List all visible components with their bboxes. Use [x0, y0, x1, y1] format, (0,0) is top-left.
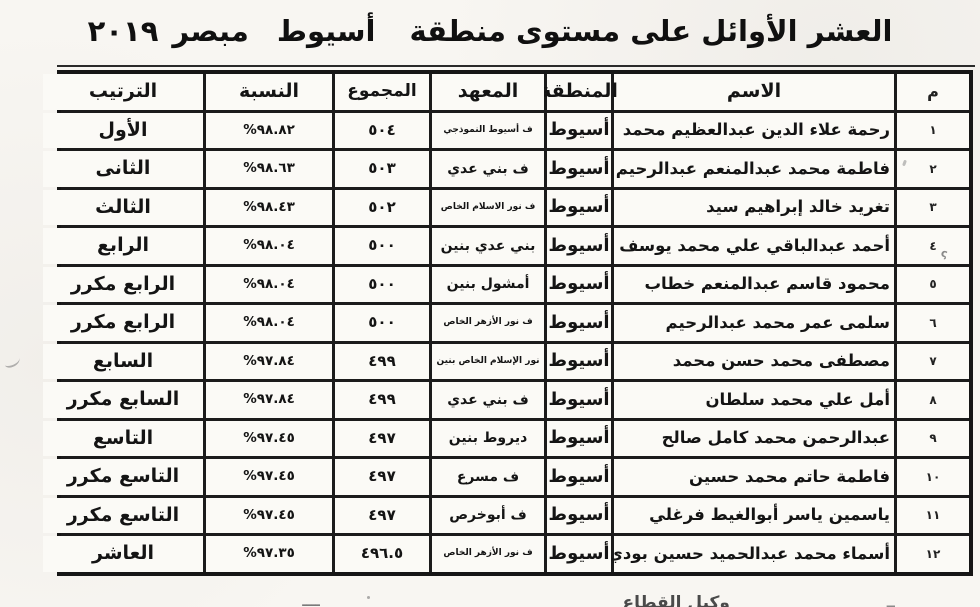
cell-name: ياسمين ياسر أبوالغيط فرغلي — [614, 498, 894, 534]
cell-region: أسيوط — [547, 228, 611, 264]
cell-institute: ف مسرع — [432, 459, 544, 495]
cell-total: ٥٠٤ — [335, 113, 429, 149]
cell-name: عبدالرحمن محمد كامل صالح — [614, 421, 894, 457]
cell-percent: %٩٨.٤٣ — [206, 190, 332, 226]
cell-percent: %٩٨.٠٤ — [206, 305, 332, 341]
cell-number: ٩ — [897, 421, 969, 457]
cell-number: ١٠ — [897, 459, 969, 495]
cell-name: أحمد عبدالباقي علي محمد يوسف — [614, 228, 894, 264]
cell-number: ٢ — [897, 151, 969, 187]
cell-number: ٣ — [897, 190, 969, 226]
cell-total: ٤٩٧ — [335, 459, 429, 495]
cell-name: مصطفى محمد حسن محمد — [614, 344, 894, 380]
cell-percent: %٩٨.٠٤ — [206, 267, 332, 303]
cell-total: ٥٠٣ — [335, 151, 429, 187]
cutoff-text-artifact: ــ — [815, 593, 895, 607]
cell-name: رحمة علاء الدين عبدالعظيم محمد — [614, 113, 894, 149]
cell-name: محمود قاسم عبدالمنعم خطاب — [614, 267, 894, 303]
cell-region: أسيوط — [547, 113, 611, 149]
cell-rank: السابع مكرر — [43, 382, 203, 418]
cell-number: ٥ — [897, 267, 969, 303]
cell-number: ١١ — [897, 498, 969, 534]
cell-name: أسماء محمد عبدالحميد حسين بودي — [614, 536, 894, 572]
cell-total: ٤٩٦.٥ — [335, 536, 429, 572]
header-total: المجموع — [335, 74, 429, 110]
cell-region: أسيوط — [547, 190, 611, 226]
cell-percent: %٩٧.٨٤ — [206, 382, 332, 418]
cell-total: ٤٩٧ — [335, 498, 429, 534]
cell-percent: %٩٨.٨٢ — [206, 113, 332, 149]
header-rank: الترتيب — [43, 74, 203, 110]
title-prefix: العشر الأوائل على مستوى منطقة — [409, 14, 892, 48]
cell-percent: %٩٧.٤٥ — [206, 459, 332, 495]
scan-speck-artifact — [367, 596, 370, 599]
cell-region: أسيوط — [547, 344, 611, 380]
cell-total: ٥٠٠ — [335, 305, 429, 341]
cell-name: فاطمة حاتم محمد حسين — [614, 459, 894, 495]
cell-total: ٥٠٠ — [335, 267, 429, 303]
cell-percent: %٩٧.٤٥ — [206, 421, 332, 457]
cell-institute: ديروط بنين — [432, 421, 544, 457]
cell-region: أسيوط — [547, 498, 611, 534]
cell-institute: ف بني عدي — [432, 382, 544, 418]
cell-region: أسيوط — [547, 536, 611, 572]
cutoff-text-artifact: ــــ — [190, 593, 320, 607]
results-table: م الاسم المنطقة المعهد المجموع النسبة ال… — [57, 70, 973, 576]
cell-institute: ف نور الاسلام الخاص — [432, 190, 544, 226]
cell-institute: أمشول بنين — [432, 267, 544, 303]
cell-institute: ف نور الأزهر الخاص — [432, 536, 544, 572]
cell-total: ٤٩٩ — [335, 344, 429, 380]
cell-number: ١٢ — [897, 536, 969, 572]
header-percent: النسبة — [206, 74, 332, 110]
cell-institute: نور الإسلام الخاص بنين — [432, 344, 544, 380]
title-region: أسيوط — [277, 14, 376, 48]
cell-rank: العاشر — [43, 536, 203, 572]
cell-rank: الأول — [43, 113, 203, 149]
cell-name: سلمى عمر محمد عبدالرحيم — [614, 305, 894, 341]
cell-percent: %٩٧.٨٤ — [206, 344, 332, 380]
cell-name: تغريد خالد إبراهيم سيد — [614, 190, 894, 226]
cell-rank: التاسع — [43, 421, 203, 457]
cutoff-signature-text: وكيل القطاع — [560, 593, 730, 607]
cell-rank: الرابع — [43, 228, 203, 264]
cell-total: ٥٠٠ — [335, 228, 429, 264]
cell-rank: السابع — [43, 344, 203, 380]
cell-rank: الرابع مكرر — [43, 305, 203, 341]
cell-name: أمل علي محمد سلطان — [614, 382, 894, 418]
cell-number: ١ — [897, 113, 969, 149]
cell-number: ٦ — [897, 305, 969, 341]
header-number: م — [897, 74, 969, 110]
cell-region: أسيوط — [547, 459, 611, 495]
cell-institute: ف أبوخرص — [432, 498, 544, 534]
cell-region: أسيوط — [547, 305, 611, 341]
cell-rank: الثالث — [43, 190, 203, 226]
header-region: المنطقة — [547, 74, 611, 110]
cell-percent: %٩٨.٠٤ — [206, 228, 332, 264]
cell-total: ٤٩٩ — [335, 382, 429, 418]
scan-smudge-artifact — [3, 354, 22, 369]
cell-percent: %٩٧.٤٥ — [206, 498, 332, 534]
cell-region: أسيوط — [547, 151, 611, 187]
cell-region: أسيوط — [547, 421, 611, 457]
cell-region: أسيوط — [547, 382, 611, 418]
cell-rank: التاسع مكرر — [43, 498, 203, 534]
cell-percent: %٩٧.٣٥ — [206, 536, 332, 572]
cell-institute: بني عدي بنين — [432, 228, 544, 264]
cell-total: ٥٠٢ — [335, 190, 429, 226]
cell-region: أسيوط — [547, 267, 611, 303]
cell-institute: ف بني عدي — [432, 151, 544, 187]
page-title: العشر الأوائل على مستوى منطقة أسيوط مبصر… — [90, 14, 890, 60]
title-suffix: مبصر — [172, 14, 248, 48]
cell-rank: الثانى — [43, 151, 203, 187]
cell-number: ٨ — [897, 382, 969, 418]
scanned-results-document: { "title": { "prefix": "العشر الأوائل عل… — [0, 0, 980, 607]
cell-number: ٤ — [897, 228, 969, 264]
cell-rank: التاسع مكرر — [43, 459, 203, 495]
cell-number: ٧ — [897, 344, 969, 380]
cell-total: ٤٩٧ — [335, 421, 429, 457]
header-institute: المعهد — [432, 74, 544, 110]
cell-rank: الرابع مكرر — [43, 267, 203, 303]
cell-institute: ف نور الأزهر الخاص — [432, 305, 544, 341]
title-underline-rule — [57, 65, 975, 67]
title-year: ٢٠١٩ — [88, 14, 159, 48]
header-name: الاسم — [614, 74, 894, 110]
cell-percent: %٩٨.٦٣ — [206, 151, 332, 187]
cell-name: فاطمة محمد عبدالمنعم عبدالرحيم — [614, 151, 894, 187]
cell-institute: ف أسيوط النموذجي — [432, 113, 544, 149]
